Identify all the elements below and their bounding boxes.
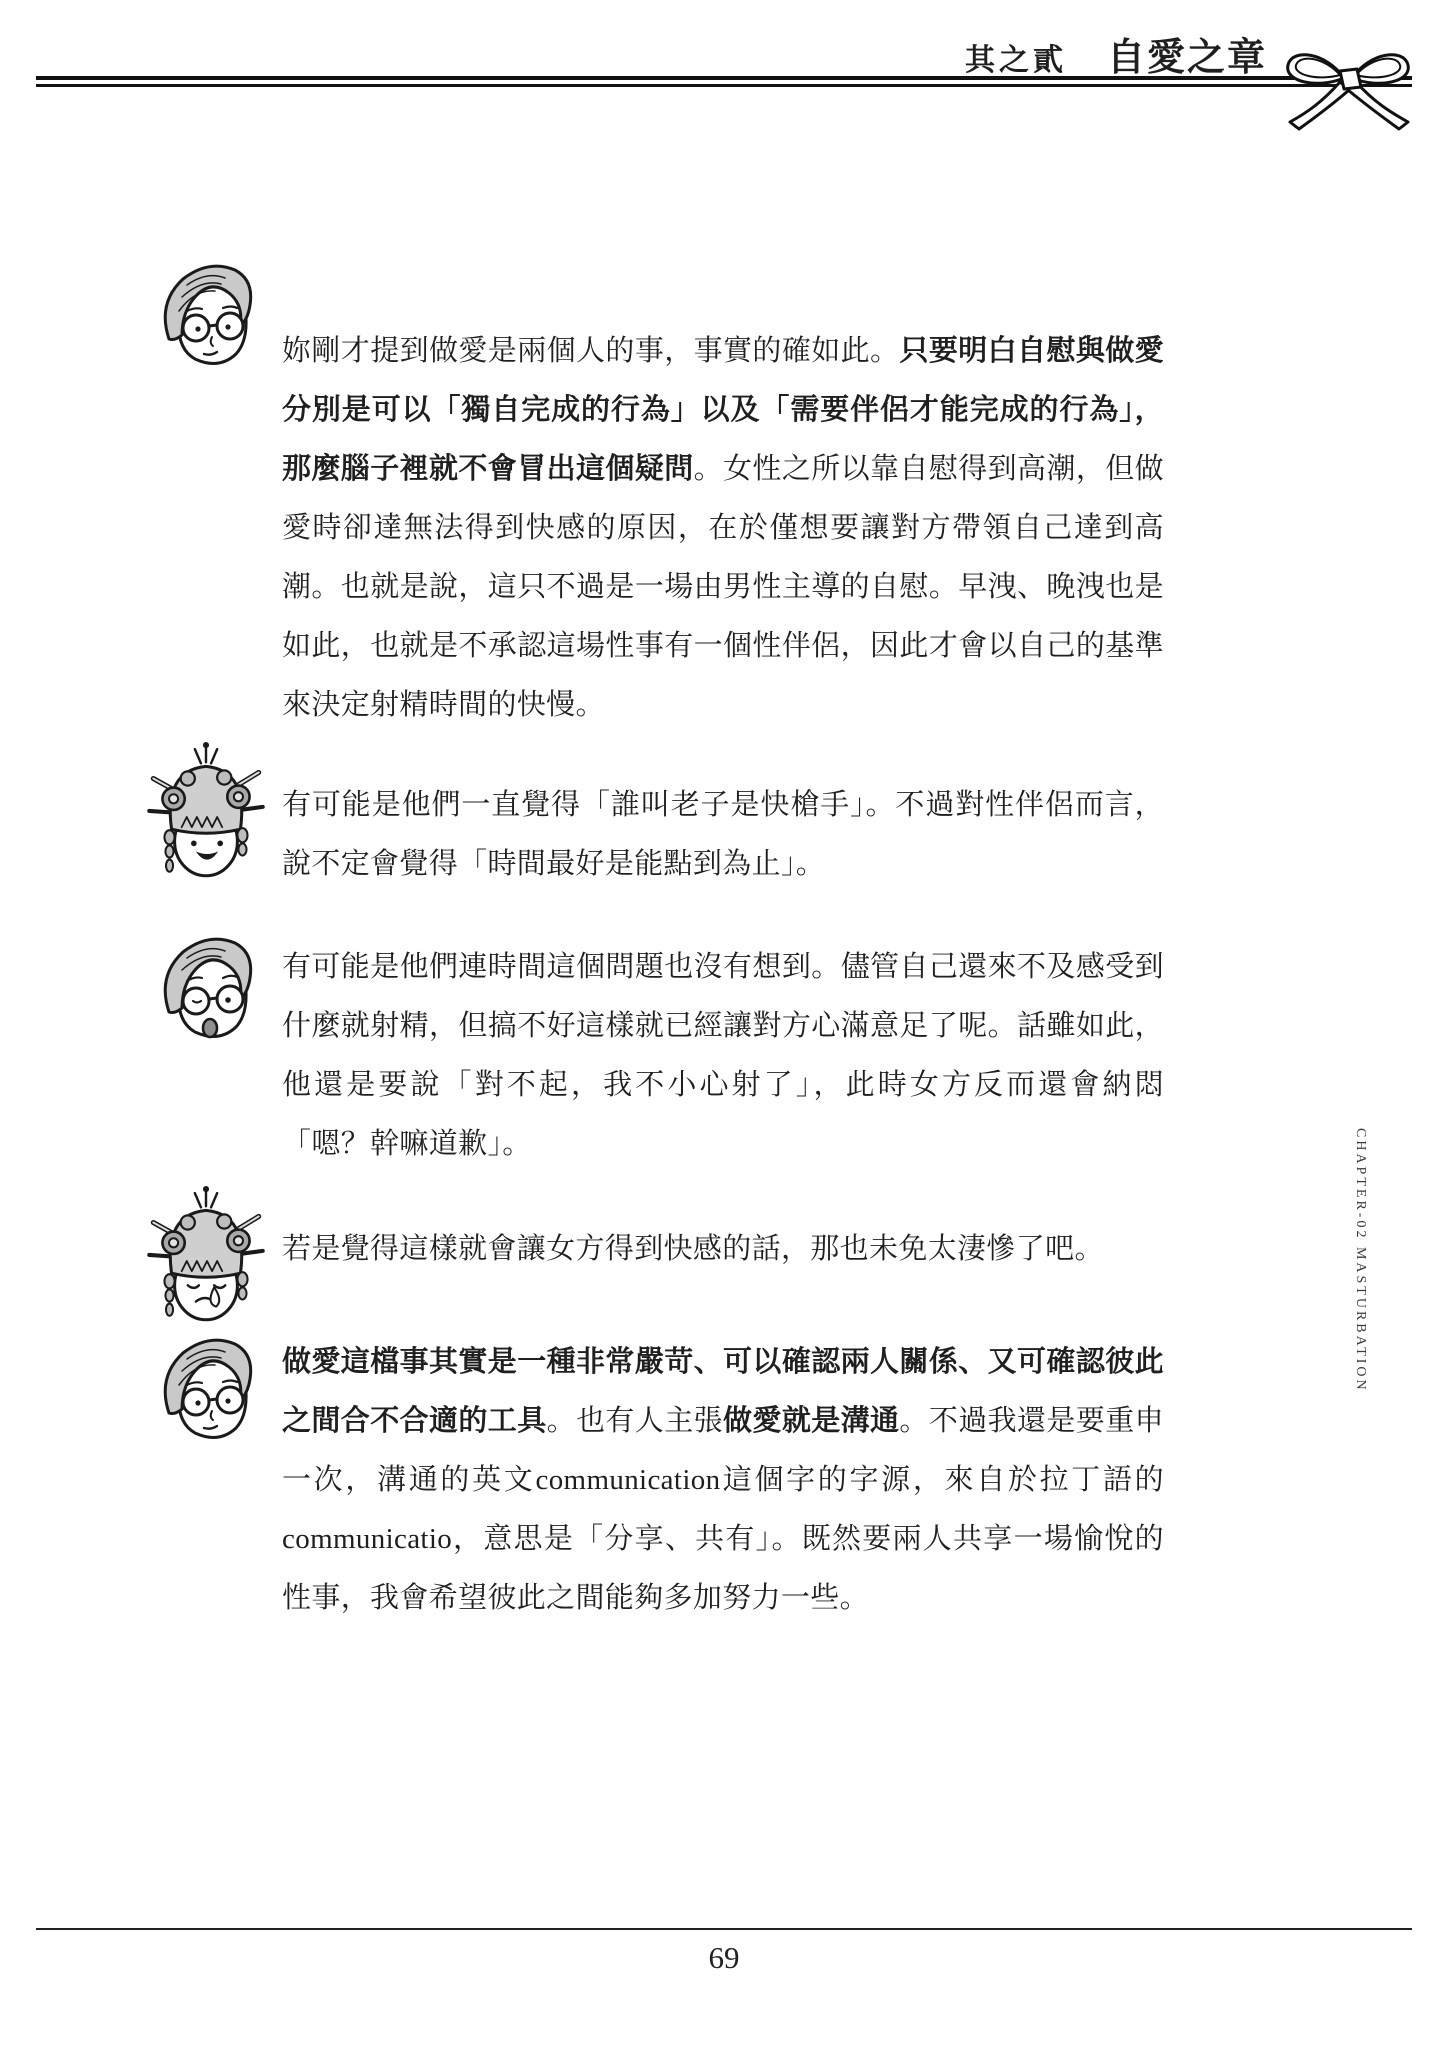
- ribbon-bow-icon: [1272, 44, 1432, 134]
- avatar-doctor-calm-icon: [157, 1329, 257, 1444]
- avatar-doctor-surprised-icon: [157, 928, 257, 1043]
- footer-rule: [36, 1928, 1412, 1930]
- speech-text: 有可能是他們一直覺得「誰叫老子是快槍手」。不過對性伴侶而言，說不定會覺得「時間最…: [282, 776, 1164, 894]
- header-rule: [36, 76, 1412, 87]
- speech-text: 若是覺得這樣就會讓女方得到快感的話，那也未免太淒慘了吧。: [282, 1220, 1164, 1279]
- page-number: 69: [0, 1940, 1448, 1976]
- chapter-heading: 其之貳 自愛之章: [965, 26, 1267, 81]
- avatar-doctor-calm-icon: [157, 255, 257, 370]
- chapter-number-label: 其之貳: [965, 35, 1067, 79]
- speech-text: 有可能是他們連時間這個問題也沒有想到。儘管自己還來不及感受到什麼就射精，但搞不好…: [282, 938, 1164, 1174]
- speech-text: 做愛這檔事其實是一種非常嚴苛、可以確認兩人關係、又可確認彼此之間合不合適的工具。…: [282, 1333, 1164, 1628]
- chapter-side-label: CHAPTER-02 MASTURBATION: [1352, 1128, 1368, 1393]
- speech-text: 妳剛才提到做愛是兩個人的事，事實的確如此。只要明白自慰與做愛分別是可以「獨自完成…: [282, 322, 1164, 735]
- avatar-bride-sad-icon: [145, 1184, 267, 1336]
- chapter-title-label: 自愛之章: [1107, 26, 1267, 81]
- avatar-bride-happy-icon: [145, 740, 267, 892]
